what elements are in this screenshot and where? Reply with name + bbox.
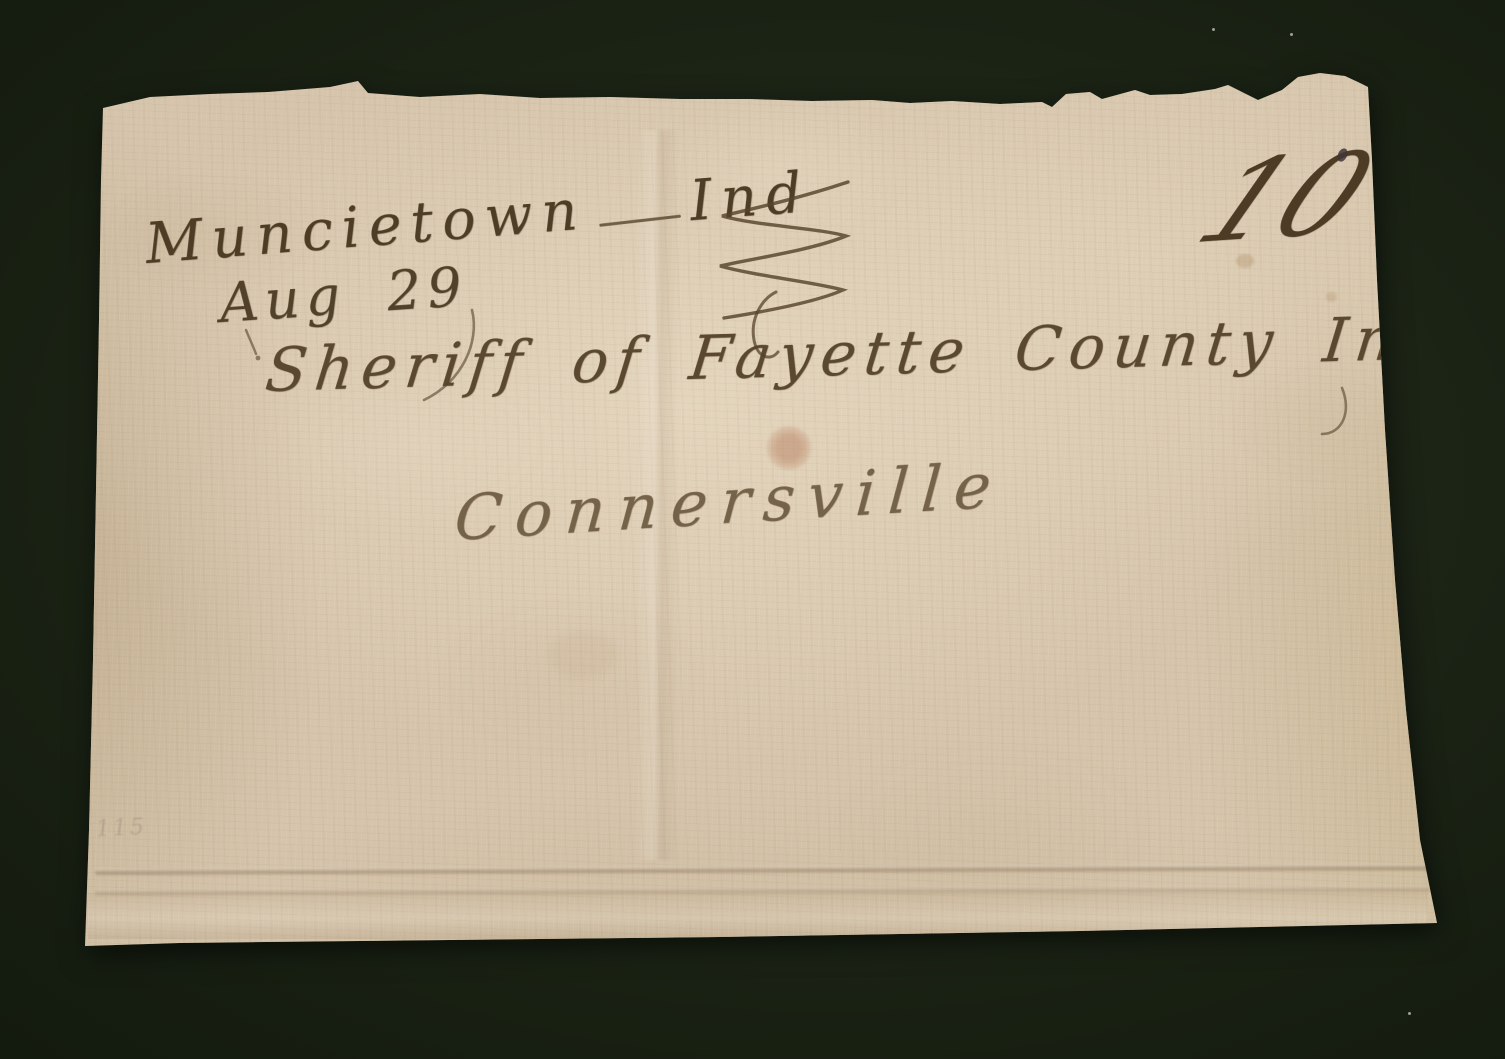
foxing-spot [1326, 292, 1337, 302]
stray-ink-mark [246, 330, 256, 354]
address-city-line: Connersville [452, 448, 1007, 555]
connecting-stroke [599, 215, 681, 227]
postmark-state-text: Ind [687, 160, 813, 234]
ink-dot [256, 356, 261, 361]
manuscript-postmark: Muncietown Ind [143, 160, 813, 277]
ink-dot [1387, 393, 1392, 398]
bottom-fold-crease [95, 885, 1430, 896]
scanned-postal-cover-photo: Muncietown Ind Aug 29 10 Sheriff of Faye… [0, 0, 1505, 1059]
foxing-spot [548, 632, 618, 678]
ending-tail-flourish [1322, 388, 1346, 434]
ink-dot [1396, 406, 1400, 410]
folded-flap-shading [88, 893, 1428, 939]
bottom-fold-crease [95, 864, 1430, 877]
manuscript-rate-marking: 10 [1182, 136, 1390, 260]
envelope-paper: Muncietown Ind Aug 29 10 Sheriff of Faye… [0, 0, 1505, 1059]
envelope-shadow: Muncietown Ind Aug 29 10 Sheriff of Faye… [0, 0, 1505, 1059]
pencil-note: 115 [95, 815, 147, 843]
